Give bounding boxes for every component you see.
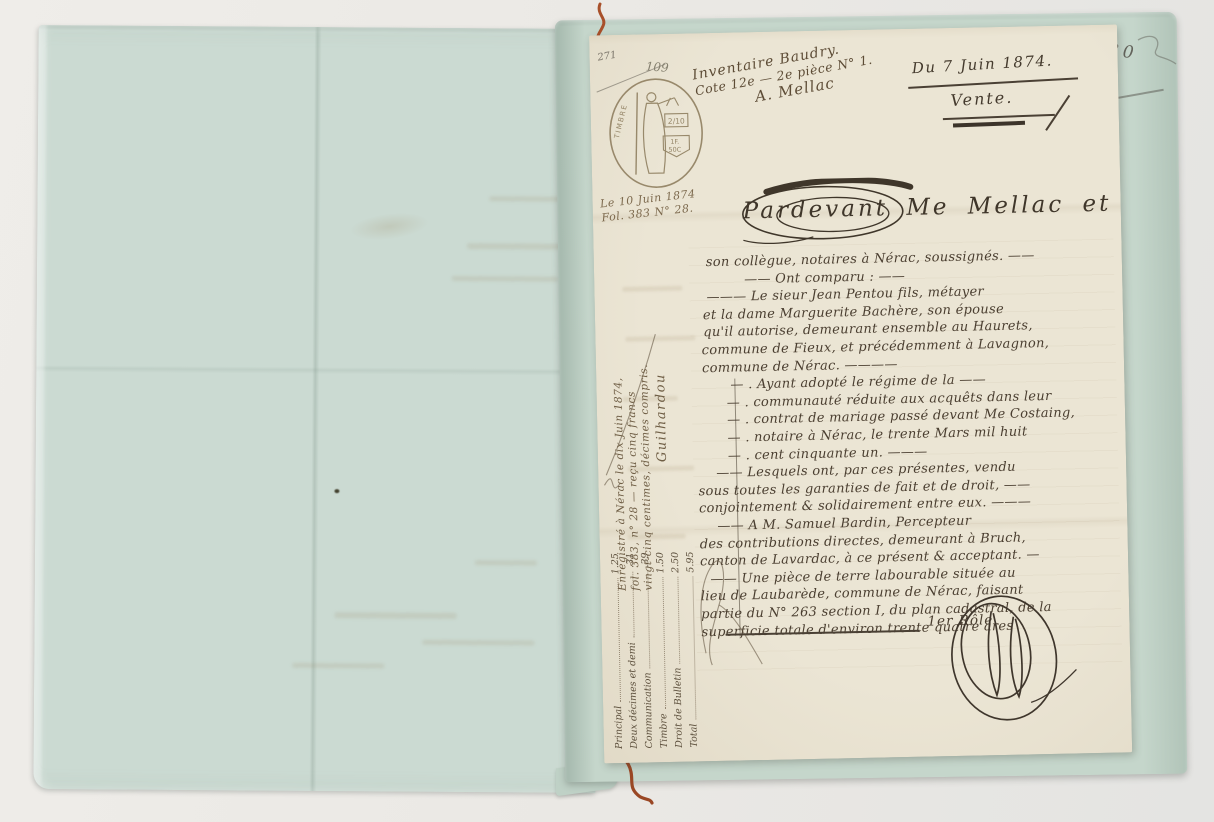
fee-label: Principal: [613, 706, 625, 749]
stamp-value-line1: 1F.: [670, 138, 679, 146]
fee-dots: [692, 577, 696, 720]
manuscript-line: — . notaire à Nérac, le trente Mars mil …: [727, 424, 1027, 445]
type-flourish-stroke: [1045, 95, 1070, 131]
corner-number-right: 109: [645, 59, 669, 74]
pencil-flourish: [1132, 30, 1182, 70]
fee-account: Principal1.25Deux décimes et demi.31Comm…: [610, 551, 704, 749]
fee-dots: [662, 577, 666, 709]
fee-label: Total: [688, 724, 699, 748]
manuscript-page: 271 109 TIMBRE 2/10 1F. 50C Le 10 J: [589, 24, 1132, 763]
corner-number-left: 271: [597, 50, 618, 64]
paper-stain: [348, 209, 430, 244]
fee-dots: [617, 578, 621, 702]
fee-dots: [677, 577, 680, 664]
paraph-flourish: [933, 581, 1086, 744]
ghost-mark: [335, 612, 457, 619]
fee-label: Timbre: [658, 713, 670, 748]
manuscript-line: — . Ayant adopté le régime de la ——: [730, 372, 986, 392]
ghost-mark: [489, 196, 561, 202]
manuscript-line: —— Ont comparu : ——: [744, 269, 905, 287]
registration-margin-note: Enregistré à Nérac le dix Juin 1874, fol…: [610, 258, 672, 591]
stamp-value-line2: 50C: [668, 146, 681, 154]
fee-value: 1.50: [655, 552, 666, 573]
deed-date: Du 7 Juin 1874.: [911, 51, 1053, 77]
deed-type: Vente.: [950, 88, 1014, 110]
fee-dots: [632, 572, 634, 638]
fee-value: .39: [640, 552, 651, 567]
fee-value: 2.50: [670, 552, 681, 573]
timbre-fiscal-stamp-icon: TIMBRE 2/10 1F. 50C: [604, 73, 708, 193]
inventory-annotation: Inventaire Baudry. Cote 12e — 2e pièce N…: [691, 36, 877, 116]
ghost-mark: [452, 276, 558, 282]
ghost-mark: [422, 640, 534, 646]
type-underline-thin: [943, 114, 1055, 120]
ghost-mark: [475, 560, 537, 565]
fee-value: .31: [625, 553, 636, 568]
fee-label: Deux décimes et demi: [627, 642, 640, 749]
ghost-mark: [467, 243, 563, 250]
ghost-mark: [292, 663, 384, 669]
ink-spot: [334, 489, 339, 493]
fee-value: 1.25: [610, 553, 621, 574]
fee-label: Droit de Bulletin: [672, 667, 685, 747]
photo-of-notarial-deed: 30 271 109: [0, 0, 1214, 822]
date-underline: [908, 77, 1078, 88]
type-underline-thick: [953, 121, 1025, 128]
fee-label: Communication: [642, 672, 655, 748]
fee-value: 5.95: [685, 551, 696, 572]
stamp-rate-text: 2/10: [668, 117, 685, 126]
folder-left-page: [33, 25, 600, 793]
fee-dots: [647, 572, 650, 669]
